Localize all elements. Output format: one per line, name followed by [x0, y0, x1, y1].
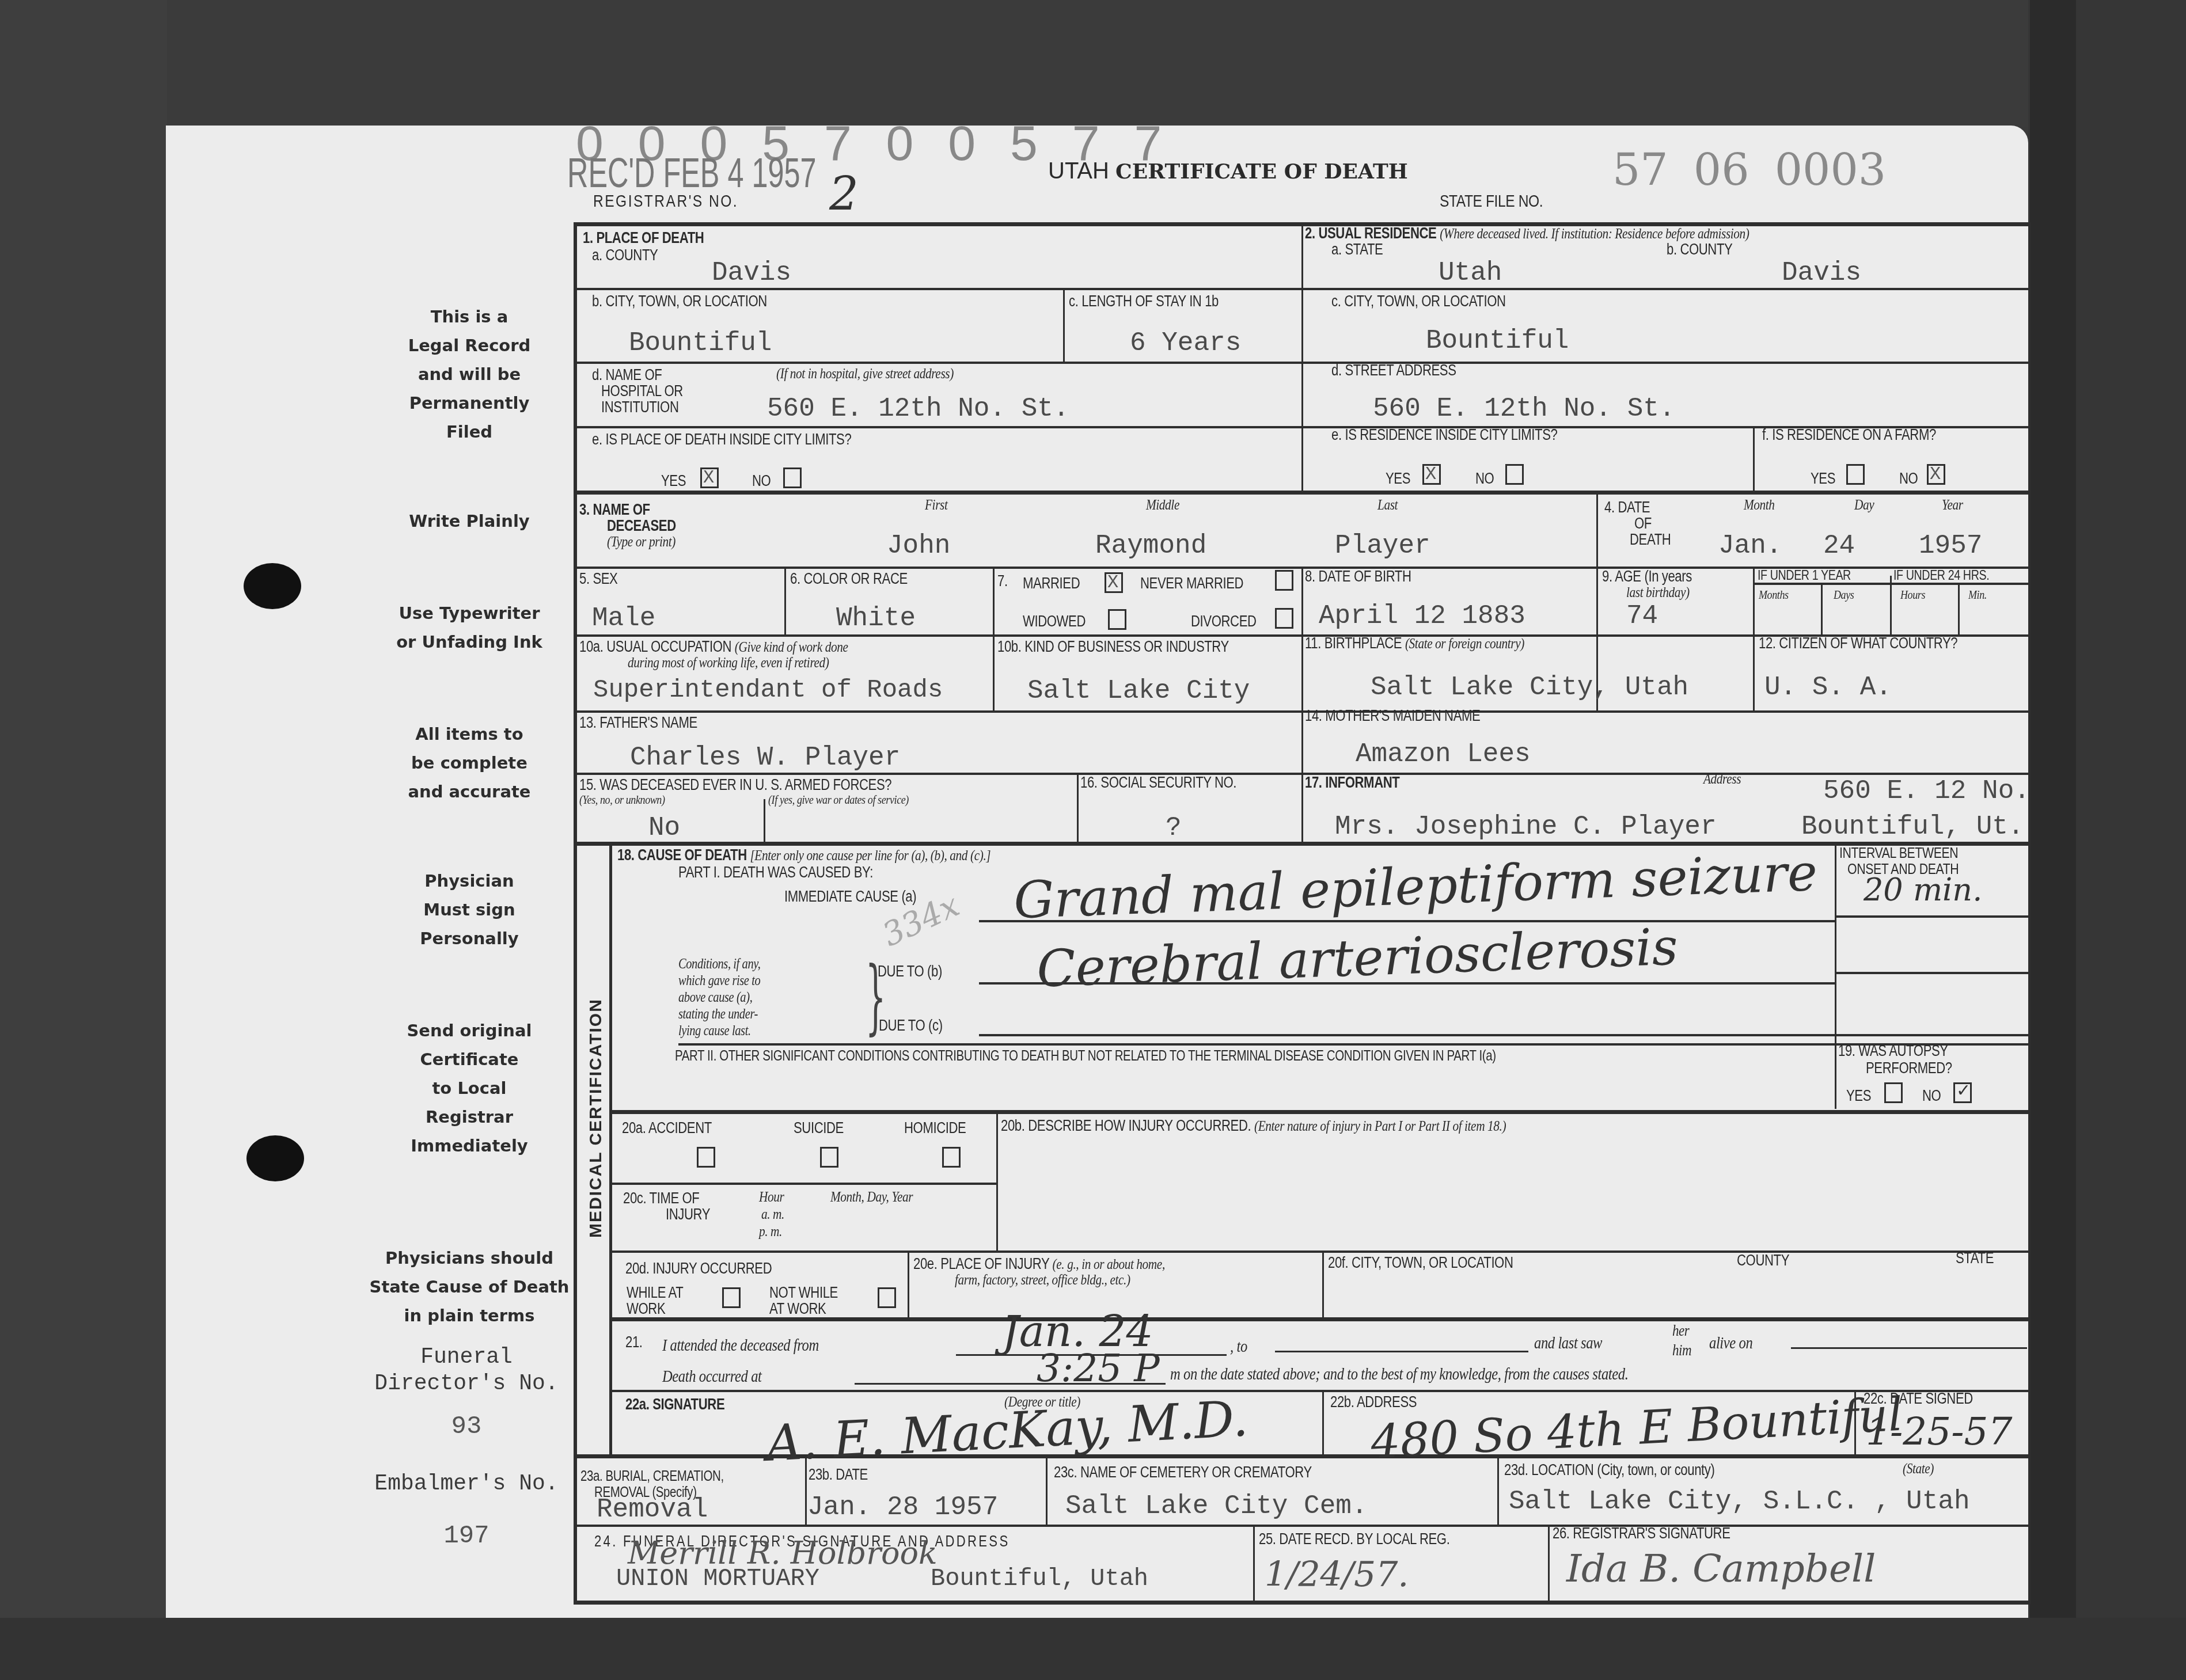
divider-interval: [1835, 844, 1836, 1109]
while-at-work-checkbox[interactable]: [722, 1287, 741, 1308]
widowed-label: WIDOWED: [1023, 613, 1086, 630]
title-main: CERTIFICATE OF DEATH: [1115, 159, 1408, 184]
inside-city-label: e. IS PLACE OF DEATH INSIDE CITY LIMITS?: [592, 431, 851, 448]
middle-name-value[interactable]: Raymond: [1095, 531, 1206, 561]
usual-residence-label: 2. USUAL RESIDENCE (Where deceased lived…: [1305, 225, 1749, 242]
attended-to-line: [1275, 1351, 1528, 1352]
inside-city-yes-label: YES: [661, 472, 686, 490]
pm-label: p. m.: [759, 1223, 782, 1240]
place-injury-label: 20e. PLACE OF INJURY (e. g., in or about…: [913, 1255, 1165, 1273]
registrar-no-value: 2: [829, 167, 859, 221]
date-recd-label: 25. DATE RECD. BY LOCAL REG.: [1259, 1530, 1449, 1548]
form-border-bottom: [574, 1601, 2031, 1605]
divider-23c-23d: [1497, 1457, 1499, 1526]
scan-background-bottom: [0, 1618, 2186, 1680]
row-line-20d: [612, 1251, 2028, 1253]
name-label-2: DECEASED: [607, 517, 676, 535]
date-of-death-label-2: OF: [1634, 515, 1652, 533]
divider-11-12: [1753, 634, 1755, 710]
punch-hole-bottom: [246, 1135, 304, 1181]
date-of-death-label-3: DEATH: [1630, 531, 1671, 549]
burial-date-value[interactable]: Jan. 28 1957: [807, 1492, 998, 1522]
middle-name-label: Middle: [1146, 496, 1179, 514]
injury-city-label: 20f. CITY, TOWN, OR LOCATION: [1328, 1254, 1513, 1272]
ssn-label: 16. SOCIAL SECURITY NO.: [1080, 774, 1236, 792]
to-label: , to: [1230, 1337, 1247, 1356]
informant-value[interactable]: Mrs. Josephine C. Player: [1335, 812, 1717, 842]
armed-forces-value[interactable]: No: [648, 813, 680, 843]
scan-background-left: [0, 0, 167, 1680]
death-statement: m on the date stated above; and to the b…: [1170, 1364, 1628, 1384]
attended-from-label: I attended the deceased from: [662, 1336, 819, 1355]
name-label-3: (Type or print): [607, 533, 675, 550]
alive-on-line: [1791, 1347, 2027, 1349]
divider-months-days: [1821, 583, 1823, 634]
citizen-label: 12. CITIZEN OF WHAT COUNTRY?: [1759, 634, 1957, 652]
injury-county-label: COUNTY: [1737, 1252, 1789, 1269]
divider-20d-20e: [908, 1251, 909, 1317]
autopsy-label-1: 19. WAS AUTOPSY: [1838, 1042, 1948, 1060]
not-while-label-2: AT WORK: [769, 1300, 826, 1318]
armed-forces-hint-2: (If yes, give war or dates of service): [768, 792, 909, 807]
accident-checkbox[interactable]: [697, 1147, 715, 1168]
funeral-director-no-label: Funeral Director's No.: [322, 1344, 610, 1397]
injury-state-label: STATE: [1956, 1249, 1994, 1267]
death-day-value[interactable]: 24: [1823, 531, 1855, 561]
part1-label: PART I. DEATH WAS CAUSED BY:: [678, 864, 873, 881]
autopsy-label-2: PERFORMED?: [1866, 1059, 1952, 1077]
autopsy-yes-label: YES: [1846, 1087, 1871, 1105]
divider-23b-23c: [1046, 1457, 1048, 1526]
sidebar-note-send-original: Send original Certificate to Local Regis…: [346, 1016, 593, 1160]
state-file-no-value: 57 06 0003: [1612, 144, 1886, 195]
cause-of-death-label: 18. CAUSE OF DEATH [Enter only one cause…: [617, 846, 990, 864]
interval-label-1: INTERVAL BETWEEN: [1839, 844, 1958, 862]
divider-5-6: [784, 567, 786, 634]
farm-yes-checkbox[interactable]: [1846, 464, 1865, 485]
birthplace-value[interactable]: Salt Lake City, Utah: [1371, 672, 1688, 702]
cause-line-c: [979, 1034, 2028, 1036]
hospital-hint: (If not in hospital, give street address…: [776, 365, 954, 382]
conditions-hint: Conditions, if any, which gave rise to a…: [678, 956, 761, 1039]
place-injury-hint: farm, factory, street, office bldg., etc…: [955, 1271, 1130, 1288]
hours-label: Hours: [1900, 587, 1925, 602]
race-label: 6. COLOR OR RACE: [790, 570, 908, 588]
registrar-sig-label: 26. REGISTRAR'S SIGNATURE: [1553, 1525, 1730, 1542]
divider-15-hints: [764, 799, 765, 843]
armed-forces-label: 15. WAS DECEASED EVER IN U. S. ARMED FOR…: [579, 776, 891, 794]
informant-label: 17. INFORMANT: [1305, 774, 1399, 792]
armed-forces-hint-1: (Yes, no, or unknown): [579, 792, 665, 807]
funeral-home-value[interactable]: UNION MORTUARY: [616, 1565, 819, 1592]
divider-7-8: [1301, 567, 1303, 843]
state-file-no-label: STATE FILE NO.: [1440, 192, 1543, 211]
divorced-label: DIVORCED: [1191, 613, 1257, 630]
business-value[interactable]: Salt Lake City: [1027, 676, 1250, 706]
divider-25-26: [1548, 1525, 1550, 1602]
divider-9-under1: [1753, 567, 1755, 634]
sex-value[interactable]: Male: [592, 603, 655, 633]
married-checkbox[interactable]: [1105, 572, 1123, 593]
divider-hours-min: [1958, 583, 1960, 634]
informant-address-1[interactable]: 560 E. 12 No.: [1823, 776, 2030, 806]
immediate-cause-label: IMMEDIATE CAUSE (a): [784, 888, 916, 906]
divider-20e-20f: [1322, 1251, 1324, 1317]
residence-inside-city-yes-checkbox[interactable]: [1422, 464, 1441, 485]
months-label: Months: [1759, 587, 1789, 602]
date-signed-label: 22c. DATE SIGNED: [1864, 1390, 1973, 1408]
burial-label-1: 23a. BURIAL, CREMATION,: [580, 1468, 724, 1485]
medical-cert-divider: [609, 844, 612, 1454]
length-of-stay-value[interactable]: 6 Years: [1130, 328, 1241, 358]
death-month-value[interactable]: Jan.: [1718, 531, 1782, 561]
registrar-no-label: REGISTRAR'S NO.: [593, 192, 738, 211]
death-day-label: Day: [1854, 496, 1874, 514]
hospital-label-1: d. NAME OF: [592, 366, 662, 384]
accident-label: 20a. ACCIDENT: [622, 1119, 712, 1137]
row-line-24: [576, 1525, 2028, 1527]
mother-label: 14. MOTHER'S MAIDEN NAME: [1305, 707, 1480, 725]
hospital-value[interactable]: 560 E. 12th No. St.: [767, 394, 1069, 424]
row-line-13: [576, 710, 2028, 713]
row-line-1a: [576, 288, 2028, 290]
attended-num: 21.: [625, 1333, 643, 1351]
sidebar-note-typewriter: Use Typewriter or Unfading Ink: [346, 599, 593, 656]
dob-label: 8. DATE OF BIRTH: [1305, 568, 1411, 586]
funeral-home-city[interactable]: Bountiful, Utah: [931, 1565, 1148, 1592]
min-label: Min.: [1968, 587, 1987, 602]
father-value[interactable]: Charles W. Player: [630, 743, 900, 773]
scan-background-top: [0, 0, 2186, 127]
suicide-label: SUICIDE: [794, 1119, 844, 1137]
autopsy-yes-checkbox[interactable]: [1884, 1082, 1903, 1103]
injury-occurred-label: 20d. INJURY OCCURRED: [625, 1260, 772, 1278]
inside-city-yes-checkbox[interactable]: [700, 467, 719, 488]
business-label: 10b. KIND OF BUSINESS OR INDUSTRY: [997, 638, 1229, 656]
date-signed-value: 1-25-57: [1866, 1409, 2013, 1454]
race-value[interactable]: White: [836, 603, 916, 633]
injury-desc-label: 20b. DESCRIBE HOW INJURY OCCURRED. (Ente…: [1001, 1117, 1506, 1135]
alive-on-label: alive on: [1709, 1333, 1752, 1353]
medical-certification-label: MEDICAL CERTIFICATION: [586, 998, 606, 1238]
divider-22a-22b: [1322, 1390, 1324, 1455]
informant-address-label: Address: [1703, 770, 1741, 788]
residence-street-label: d. STREET ADDRESS: [1331, 362, 1456, 379]
certificate-title: UTAH CERTIFICATE OF DEATH: [1048, 158, 1408, 184]
age-value[interactable]: 74: [1626, 601, 1658, 631]
suicide-checkbox[interactable]: [820, 1147, 838, 1168]
widowed-checkbox[interactable]: [1108, 609, 1126, 630]
married-label: MARRIED: [1023, 575, 1080, 592]
time-injury-label-2: INJURY: [666, 1206, 710, 1223]
cemetery-value[interactable]: Salt Lake City Cem.: [1065, 1491, 1368, 1521]
death-occurred-label: Death occurred at: [662, 1367, 761, 1386]
divider-20a-20b: [996, 1112, 998, 1251]
date-recd-value: 1/24/57.: [1265, 1554, 1409, 1595]
mdy-label: Month, Day, Year: [830, 1188, 913, 1206]
divider-15-16: [1077, 773, 1079, 843]
interval-value[interactable]: 20 min.: [1864, 872, 1982, 908]
while-at-work-label-2: WORK: [627, 1300, 665, 1318]
form-border-right: [2028, 222, 2031, 1604]
inside-city-no-checkbox[interactable]: [783, 467, 802, 488]
occupation-value[interactable]: Superintendant of Roads: [593, 676, 943, 705]
binder-edge: [2030, 0, 2076, 1680]
burial-date-label: 23b. DATE: [809, 1466, 868, 1484]
form-border-left: [574, 222, 577, 1604]
ssn-value[interactable]: ?: [1166, 813, 1182, 843]
mother-value[interactable]: Amazon Lees: [1356, 739, 1531, 769]
residence-city-label: c. CITY, TOWN, OR LOCATION: [1331, 292, 1506, 310]
interval-line-b: [1835, 972, 2028, 974]
farm-label: f. IS RESIDENCE ON A FARM?: [1762, 426, 1936, 444]
row-line-20: [612, 1110, 2028, 1114]
location-value[interactable]: Salt Lake City, S.L.C. , Utah: [1509, 1487, 1970, 1516]
hour-label: Hour: [759, 1188, 784, 1206]
age-label-1: 9. AGE (In years: [1602, 568, 1692, 586]
embalmer-no-label: Embalmer's No.: [322, 1471, 610, 1497]
birthplace-label: 11. BIRTHPLACE (State or foreign country…: [1305, 634, 1524, 652]
first-name-label: First: [925, 496, 947, 514]
punch-hole-top: [244, 563, 301, 609]
not-while-label-1: NOT WHILE: [769, 1284, 838, 1302]
due-to-b-label: DUE TO (b): [878, 963, 942, 980]
row-line-21: [612, 1317, 2028, 1321]
city-label: b. CITY, TOWN, OR LOCATION: [592, 292, 767, 310]
death-county-value[interactable]: Davis: [712, 258, 791, 288]
him-label: him: [1672, 1341, 1691, 1360]
inside-city-no-label: NO: [752, 472, 771, 490]
due-to-c-label: DUE TO (c): [879, 1017, 943, 1035]
father-label: 13. FATHER'S NAME: [579, 714, 697, 732]
last-name-label: Last: [1377, 496, 1398, 514]
stay-label: c. LENGTH OF STAY IN 1b: [1069, 292, 1219, 310]
divider-1-2: [1301, 222, 1303, 493]
not-while-at-work-checkbox[interactable]: [878, 1287, 896, 1308]
title-state: UTAH: [1048, 158, 1109, 184]
name-label-1: 3. NAME OF: [579, 501, 650, 519]
row-line-20c: [612, 1183, 996, 1185]
residence-county-value[interactable]: Davis: [1782, 258, 1861, 288]
residence-inside-city-no-checkbox[interactable]: [1505, 464, 1524, 485]
place-of-death-label: 1. PLACE OF DEATH: [583, 229, 704, 247]
last-saw-label: and last saw: [1534, 1333, 1602, 1353]
residence-street-value[interactable]: 560 E. 12th No. St.: [1373, 394, 1675, 424]
sidebar-note-complete: All items to be complete and accurate: [346, 720, 593, 806]
days-label: Days: [1834, 587, 1854, 602]
residence-yes-label: YES: [1386, 470, 1410, 488]
sidebar-note-physician-sign: Physician Must sign Personally: [346, 866, 593, 953]
residence-city-value[interactable]: Bountiful: [1426, 326, 1569, 356]
funeral-director-no-value: 93: [322, 1413, 610, 1440]
date-of-death-label-1: 4. DATE: [1604, 499, 1650, 516]
homicide-label: HOMICIDE: [904, 1119, 966, 1137]
row-line-section3: [576, 491, 2028, 495]
farm-yes-label: YES: [1811, 470, 1835, 488]
first-name-value[interactable]: John: [887, 531, 950, 561]
citizen-value[interactable]: U. S. A.: [1764, 672, 1892, 702]
under-24-hrs-label: IF UNDER 24 HRS.: [1893, 568, 1989, 584]
divider-2e-2f: [1753, 426, 1755, 493]
sidebar-note-legal-record: This is a Legal Record and will be Perma…: [346, 302, 593, 446]
row-line-15: [576, 773, 2028, 775]
divorced-checkbox[interactable]: [1275, 608, 1293, 629]
autopsy-no-label: NO: [1922, 1087, 1941, 1105]
occupation-hint: during most of working life, even if ret…: [628, 654, 829, 671]
row-line-1b: [576, 362, 2028, 364]
age-label-2: last birthday): [1626, 584, 1690, 601]
residence-inside-city-label: e. IS RESIDENCE INSIDE CITY LIMITS?: [1331, 426, 1557, 444]
burial-value[interactable]: Removal: [597, 1495, 708, 1525]
while-at-work-label-1: WHILE AT: [627, 1284, 683, 1302]
divider-1b-1c: [1063, 288, 1065, 362]
marital-num: 7.: [997, 572, 1008, 590]
homicide-checkbox[interactable]: [942, 1147, 961, 1168]
under-1-year-label: IF UNDER 1 YEAR: [1758, 568, 1851, 584]
location-label: 23d. LOCATION (City, town, or county): [1504, 1461, 1714, 1479]
embalmer-no-value: 197: [322, 1523, 610, 1549]
sidebar-note-write-plainly: Write Plainly: [346, 507, 593, 535]
residence-no-label: NO: [1475, 470, 1494, 488]
residence-state-value[interactable]: Utah: [1439, 258, 1502, 288]
am-label: a. m.: [761, 1206, 784, 1223]
hospital-label-2: HOSPITAL OR: [601, 382, 683, 400]
autopsy-no-checkbox[interactable]: [1953, 1082, 1972, 1103]
address-label: 22b. ADDRESS: [1330, 1393, 1417, 1411]
county-label: a. COUNTY: [592, 246, 658, 264]
death-year-label: Year: [1942, 496, 1963, 514]
registrar-signature: Ida B. Campbell: [1566, 1546, 1876, 1591]
time-injury-label-1: 20c. TIME OF: [623, 1189, 699, 1207]
sidebar-note-cause-plain: Physicians should State Cause of Death i…: [334, 1244, 605, 1330]
interval-line-a: [1835, 915, 2028, 918]
death-time-value[interactable]: 3:25 P: [1037, 1346, 1160, 1390]
last-name-value[interactable]: Player: [1335, 531, 1430, 561]
cemetery-label: 23c. NAME OF CEMETERY OR CREMATORY: [1054, 1464, 1312, 1481]
divider-6-7: [993, 567, 995, 710]
divider-24-25: [1253, 1525, 1255, 1602]
residence-county-label: b. COUNTY: [1667, 241, 1732, 259]
received-stamp: REC'D FEB 4 1957: [567, 150, 817, 197]
farm-no-checkbox[interactable]: [1927, 464, 1945, 485]
divider-days-hours: [1890, 576, 1892, 634]
death-month-label: Month: [1744, 496, 1775, 514]
farm-no-label: NO: [1899, 470, 1918, 488]
never-married-checkbox[interactable]: [1275, 570, 1293, 591]
occupation-label: 10a. USUAL OCCUPATION (Give kind of work…: [579, 638, 848, 656]
location-state-label: (State): [1903, 1460, 1934, 1477]
sex-label: 5. SEX: [579, 570, 617, 588]
part2-label: PART II. OTHER SIGNIFICANT CONDITIONS CO…: [675, 1048, 1496, 1065]
death-year-value[interactable]: 1957: [1919, 531, 1982, 561]
signature-label: 22a. SIGNATURE: [625, 1396, 724, 1413]
dob-value[interactable]: April 12 1883: [1319, 601, 1525, 631]
informant-address-2[interactable]: Bountiful, Ut.: [1801, 812, 2024, 842]
residence-state-label: a. STATE: [1331, 241, 1383, 259]
her-label: her: [1672, 1322, 1689, 1340]
never-married-label: NEVER MARRIED: [1140, 575, 1243, 592]
death-city-value[interactable]: Bountiful: [629, 328, 772, 358]
hospital-label-3: INSTITUTION: [601, 398, 678, 416]
